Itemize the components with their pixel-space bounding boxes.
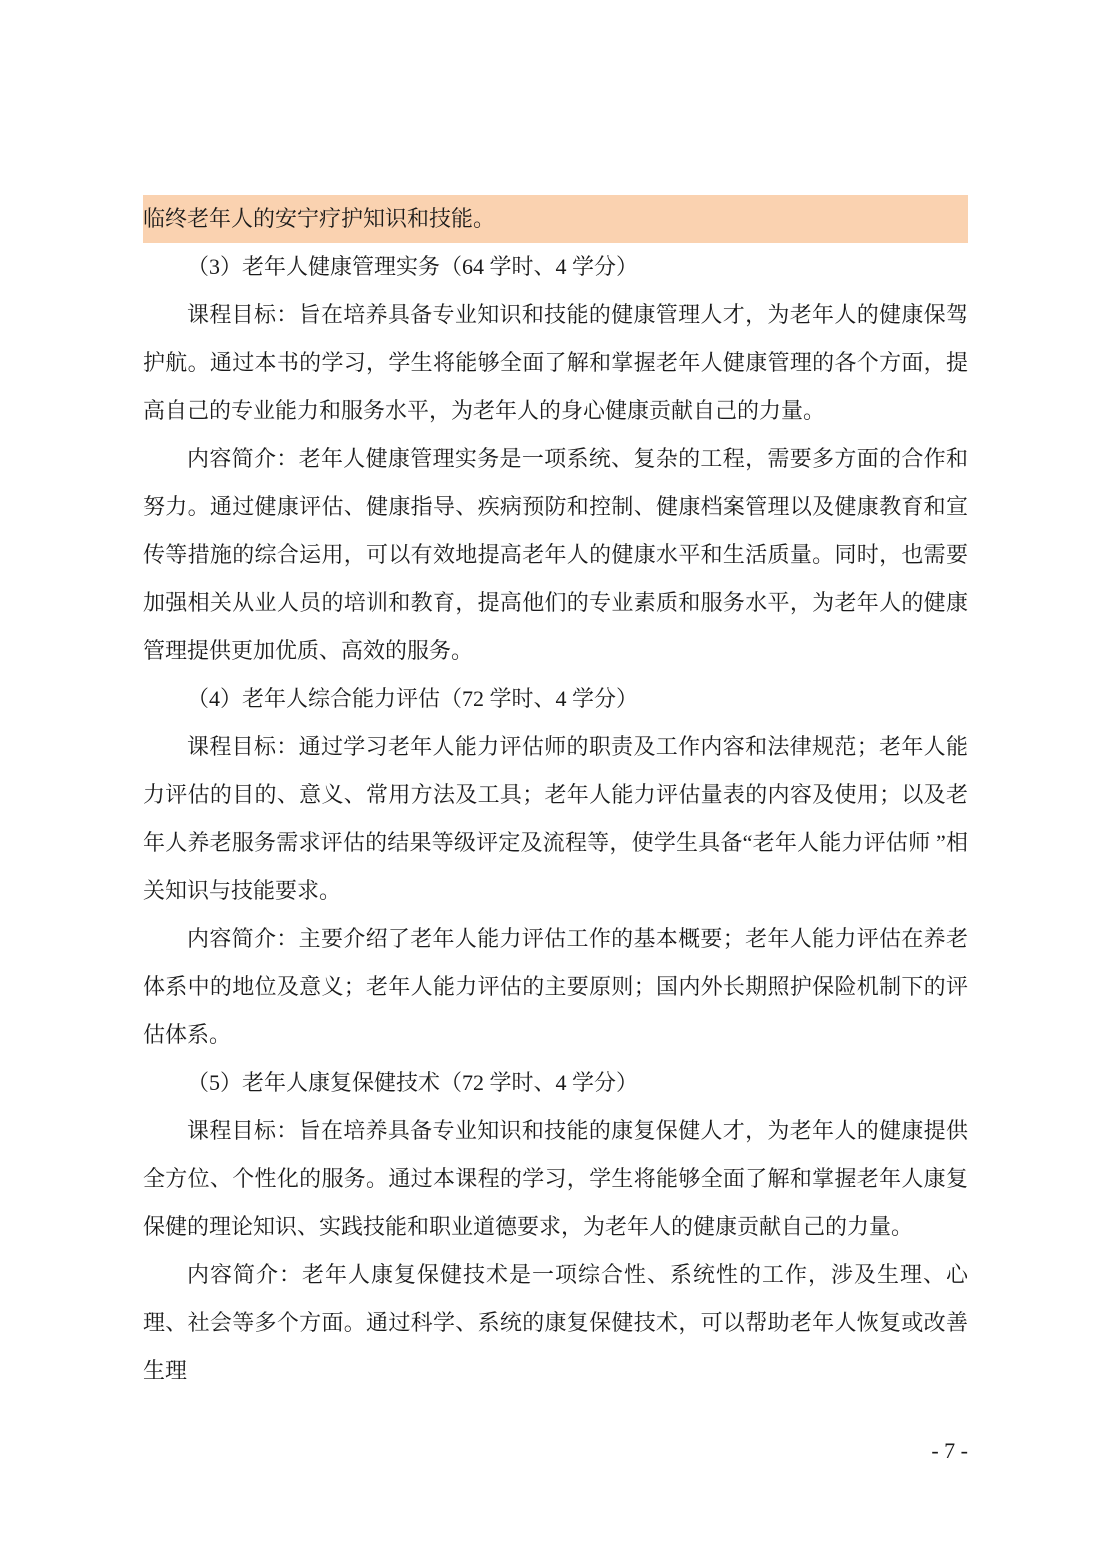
course-4-goal-paragraph: 课程目标：通过学习老年人能力评估师的职责及工作内容和法律规范；老年人能力评估的目… [143, 723, 968, 915]
course-5-heading: （5）老年人康复保健技术（72 学时、4 学分） [143, 1059, 968, 1107]
page-number: - 7 - [143, 1436, 968, 1466]
course-3-intro-paragraph: 内容简介：老年人健康管理实务是一项系统、复杂的工程，需要多方面的合作和努力。通过… [143, 435, 968, 675]
course-5-goal-paragraph: 课程目标：旨在培养具备专业知识和技能的康复保健人才，为老年人的健康提供全方位、个… [143, 1107, 968, 1251]
course-5-intro-paragraph: 内容简介：老年人康复保健技术是一项综合性、系统性的工作，涉及生理、心理、社会等多… [143, 1251, 968, 1395]
document-page: 临终老年人的安宁疗护知识和技能。 （3）老年人健康管理实务（64 学时、4 学分… [0, 0, 1102, 1559]
course-3-heading: （3）老年人健康管理实务（64 学时、4 学分） [143, 243, 968, 291]
course-3-goal-paragraph: 课程目标：旨在培养具备专业知识和技能的健康管理人才，为老年人的健康保驾护航。通过… [143, 291, 968, 435]
page-body: 临终老年人的安宁疗护知识和技能。 （3）老年人健康管理实务（64 学时、4 学分… [143, 195, 968, 1395]
highlighted-continuation-line: 临终老年人的安宁疗护知识和技能。 [143, 195, 968, 243]
course-4-heading: （4）老年人综合能力评估（72 学时、4 学分） [143, 675, 968, 723]
course-4-intro-paragraph: 内容简介：主要介绍了老年人能力评估工作的基本概要；老年人能力评估在养老体系中的地… [143, 915, 968, 1059]
